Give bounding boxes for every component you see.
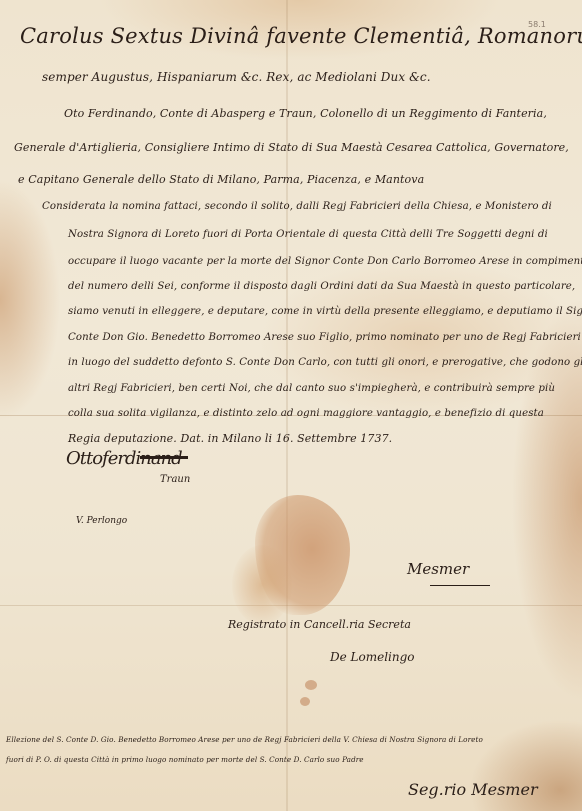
water-stain [232, 545, 292, 625]
body-line: Nostra Signora di Loreto fuori di Porta … [68, 229, 548, 240]
registration-note: Registrato in Cancell.ria Secreta [228, 618, 411, 631]
endorsement-signature: Seg.rio Mesmer [408, 780, 538, 799]
body-line: del numero delli Sei, conforme il dispos… [68, 281, 575, 292]
body-line: colla sua solita vigilanza, e distinto z… [68, 408, 544, 419]
signature-flourish [430, 585, 490, 586]
governor-signature-sub: Traun [160, 474, 190, 485]
endorsement-line-1: Ellezione del S. Conte D. Gio. Benedetto… [6, 735, 483, 744]
ink-drip-stain [300, 697, 310, 706]
issuer-line-1: Oto Ferdinando, Conte di Abasperg e Trau… [64, 107, 547, 120]
signature-flourish [140, 456, 188, 459]
body-line: Conte Don Gio. Benedetto Borromeo Arese … [68, 332, 581, 343]
registrar-note: V. Perlongo [76, 516, 127, 526]
body-line: Considerata la nomina fattaci, secondo i… [42, 201, 552, 212]
secretary-signature: Mesmer [407, 560, 469, 578]
body-line: occupare il luogo vacante per la morte d… [68, 256, 582, 267]
body-line: siamo venuti in elleggere, e deputare, c… [68, 306, 582, 317]
manuscript-page: 58.1 Carolus Sextus Divinâ favente Cleme… [0, 0, 582, 811]
issuer-line-3: e Capitano Generale dello Stato di Milan… [18, 173, 424, 186]
endorsement-line-2: fuori di P. O. di questa Città in primo … [6, 755, 364, 764]
heading-line-1: Carolus Sextus Divinâ favente Clementiâ,… [20, 24, 582, 48]
body-line-date: Regia deputazione. Dat. in Milano li 16.… [68, 432, 392, 445]
body-line: in luogo del suddetto defonto S. Conte D… [68, 357, 582, 368]
heading-line-2: semper Augustus, Hispaniarum &c. Rex, ac… [42, 70, 431, 84]
registrar-signature: De Lomelingo [330, 650, 415, 664]
ink-drip-stain [305, 680, 317, 690]
vertical-fold-line [286, 0, 288, 811]
issuer-line-2: Generale d'Artiglieria, Consigliere Inti… [14, 141, 569, 154]
body-line: altri Regj Fabricieri, ben certi Noi, ch… [68, 383, 555, 394]
